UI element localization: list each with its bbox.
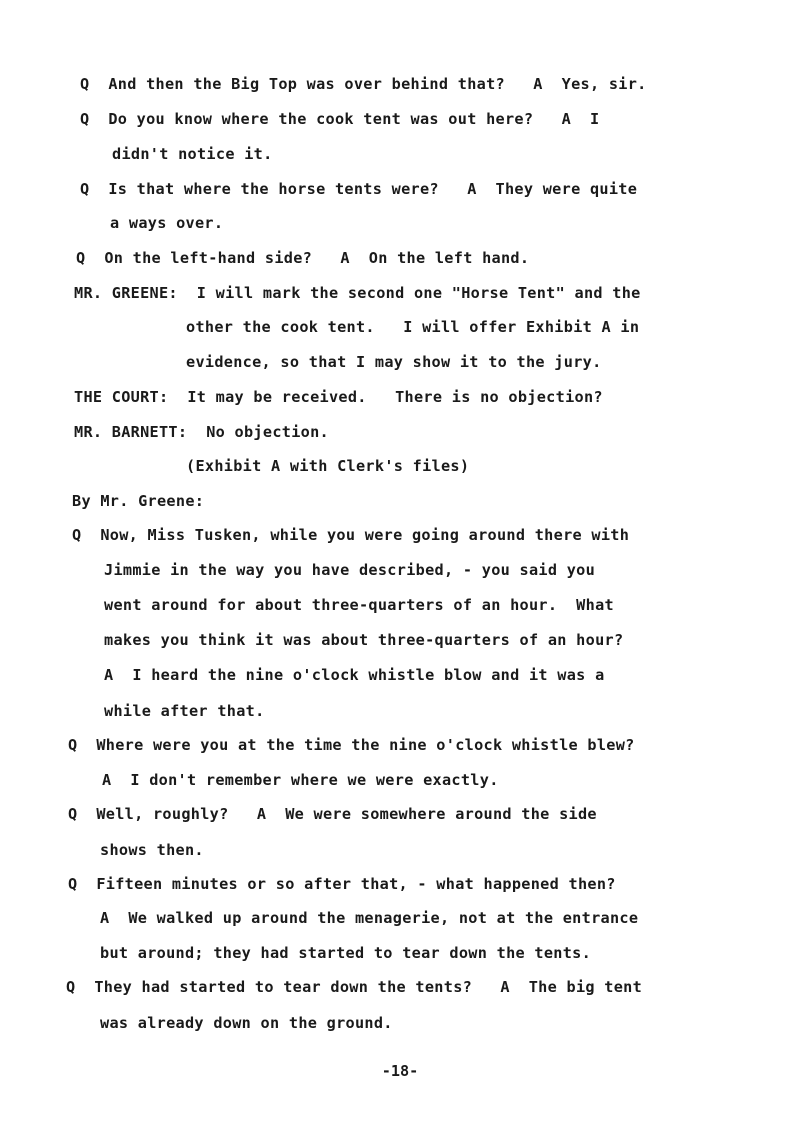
parenthetical-line: (Exhibit A with Clerk's files) [186,456,469,476]
transcript-line: Q They had started to tear down the tent… [66,977,642,997]
transcript-line: Q Fifteen minutes or so after that, - wh… [68,874,616,894]
transcript-line: Q Now, Miss Tusken, while you were going… [72,525,629,545]
transcript-line: Q Well, roughly? A We were somewhere aro… [68,804,597,824]
speaker-line: MR. GREENE: I will mark the second one "… [74,283,641,303]
transcript-line: Q On the left-hand side? A On the left h… [76,248,529,268]
transcript-line: while after that. [104,701,265,721]
transcript-line: Q Is that where the horse tents were? A … [80,179,637,199]
examiner-heading: By Mr. Greene: [72,491,204,511]
transcript-line: evidence, so that I may show it to the j… [186,352,602,372]
transcript-line: a ways over. [110,213,223,233]
transcript-line: Q Where were you at the time the nine o'… [68,735,635,755]
transcript-line: A I heard the nine o'clock whistle blow … [104,665,605,685]
transcript-line: other the cook tent. I will offer Exhibi… [186,317,639,337]
transcript-line: shows then. [100,840,204,860]
transcript-line: A We walked up around the menagerie, not… [100,908,638,928]
transcript-line: but around; they had started to tear dow… [100,943,591,963]
transcript-line: Q Do you know where the cook tent was ou… [80,109,599,129]
transcript-line: Q And then the Big Top was over behind t… [80,74,647,94]
page-number: -18- [0,1062,800,1080]
transcript-line: went around for about three-quarters of … [104,595,614,615]
transcript-line: makes you think it was about three-quart… [104,630,623,650]
speaker-line: THE COURT: It may be received. There is … [74,387,603,407]
speaker-line: MR. BARNETT: No objection. [74,422,329,442]
transcript-line: didn't notice it. [112,144,273,164]
transcript-line: Jimmie in the way you have described, - … [104,560,595,580]
transcript-line: A I don't remember where we were exactly… [102,770,499,790]
transcript-line: was already down on the ground. [100,1013,393,1033]
